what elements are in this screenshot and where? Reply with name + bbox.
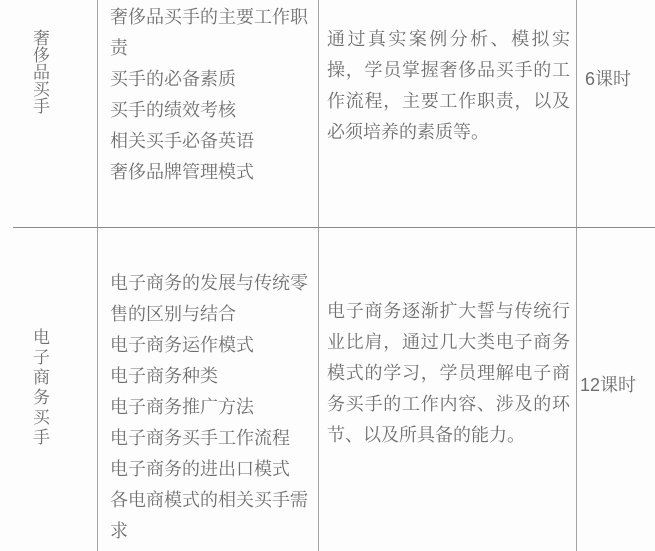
topic-item: 买手的绩效考核 (110, 95, 313, 126)
topic-item: 各电商模式的相关买手需求 (110, 485, 313, 547)
category-label-ecommerce-buyer: 电子商务买手 (31, 328, 48, 448)
category-label-luxury-buyer: 奢侈品买手 (31, 29, 48, 114)
topic-item: 电子商务的进出口模式 (110, 454, 313, 485)
class-hours-ecommerce-buyer: 12课时 (578, 370, 638, 401)
topics-list-luxury-buyer: 奢侈品买手的主要工作职责 买手的必备素质 买手的绩效考核 相关买手必备英语 奢侈… (110, 2, 313, 188)
course-curriculum-table: 奢侈品买手 奢侈品买手的主要工作职责 买手的必备素质 买手的绩效考核 相关买手必… (0, 0, 655, 551)
topic-item: 电子商务买手工作流程 (110, 423, 313, 454)
topic-item: 电子商务种类 (110, 361, 313, 392)
column-divider-3 (576, 0, 577, 551)
topics-list-ecommerce-buyer: 电子商务的发展与传统零售的区别与结合 电子商务运作模式 电子商务种类 电子商务推… (110, 268, 313, 547)
topic-item: 奢侈品牌管理模式 (110, 157, 313, 188)
topic-item: 电子商务运作模式 (110, 330, 313, 361)
column-divider-1 (97, 0, 98, 551)
topic-item: 奢侈品买手的主要工作职责 (110, 2, 313, 64)
topic-item: 电子商务推广方法 (110, 392, 313, 423)
course-description-ecommerce-buyer: 电子商务逐渐扩大誓与传统行业比肩，通过几大类电子商务模式的学习，学员理解电子商务… (327, 296, 570, 451)
class-hours-luxury-buyer: 6课时 (578, 64, 638, 95)
course-description-luxury-buyer: 通过真实案例分析、模拟实操，学员掌握奢侈品买手的工作流程，主要工作职责，以及必须… (327, 24, 570, 148)
topic-item: 买手的必备素质 (110, 64, 313, 95)
column-divider-2 (318, 0, 319, 551)
row-divider (13, 227, 655, 228)
topic-item: 相关买手必备英语 (110, 126, 313, 157)
topic-item: 电子商务的发展与传统零售的区别与结合 (110, 268, 313, 330)
